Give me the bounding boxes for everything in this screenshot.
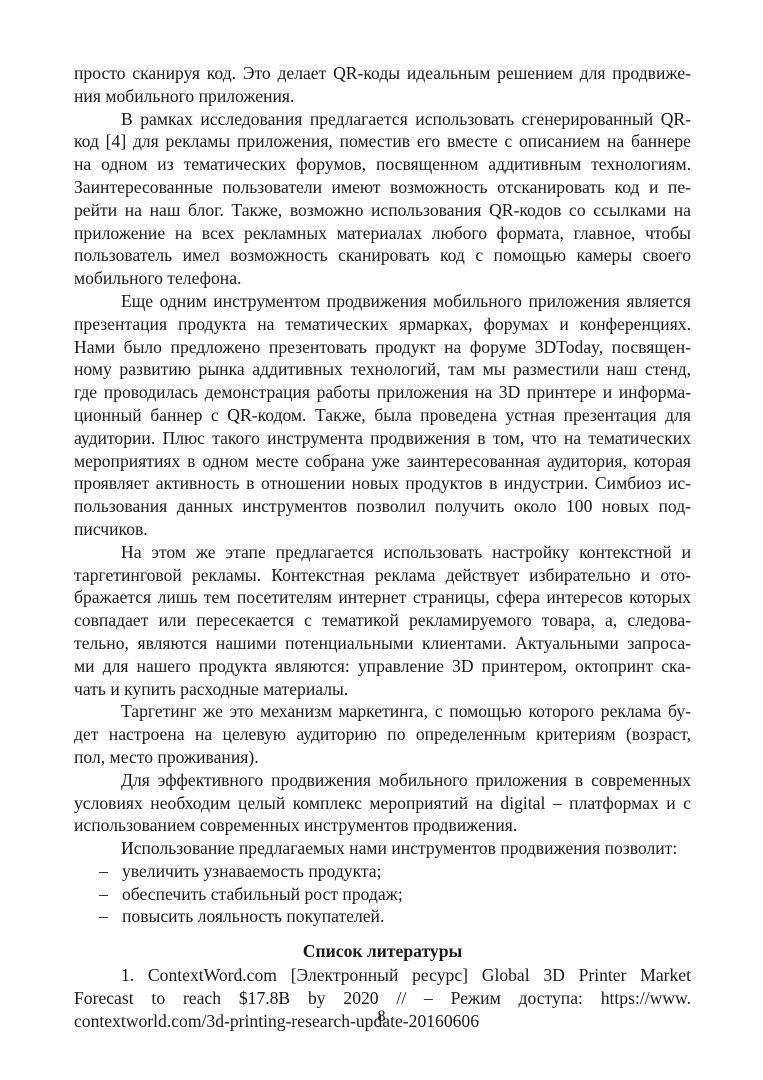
paragraph-5: Таргетинг же это механизм маркетинга, с … bbox=[74, 700, 691, 768]
text-line: использованием современных инструментов … bbox=[74, 814, 691, 837]
list-item-text: увеличить узнаваемость продукта; bbox=[122, 861, 382, 881]
text-line: На этом же этапе предлагается использова… bbox=[74, 541, 691, 564]
list-item-text: повысить лояльность покупателей. bbox=[122, 906, 384, 926]
text-line: тельно, являются нашими потенциальными к… bbox=[74, 632, 691, 655]
text-line: Еще одним инструментом продвижения мобил… bbox=[74, 290, 691, 313]
text-line: приложение на всех рекламных материалах … bbox=[74, 222, 691, 245]
document-page: просто сканируя код. Это делает QR-коды … bbox=[74, 62, 691, 1033]
text-line: ционный баннер с QR-кодом. Также, была п… bbox=[74, 404, 691, 427]
list-item-text: обеспечить стабильный рост продаж; bbox=[122, 884, 403, 904]
text-line: аудитории. Плюс такого инструмента продв… bbox=[74, 427, 691, 450]
paragraph-2: В рамках исследования предлагается испол… bbox=[74, 108, 691, 290]
reference-line: Forecast to reach $17.8B by 2020 // – Ре… bbox=[74, 987, 691, 1010]
text-line: бражается лишь тем посетителям интернет … bbox=[74, 586, 691, 609]
paragraph-4: На этом же этапе предлагается использова… bbox=[74, 541, 691, 701]
text-line: ния мобильного приложения. bbox=[74, 85, 691, 108]
text-line: ми для нашего продукта являются: управле… bbox=[74, 655, 691, 678]
text-line: таргетинговой рекламы. Контекстная рекла… bbox=[74, 564, 691, 587]
benefits-list: – увеличить узнаваемость продукта; – обе… bbox=[74, 860, 691, 928]
text-line: совпадает или пересекается с тематикой р… bbox=[74, 609, 691, 632]
paragraph-6: Для эффективного продвижения мобильного … bbox=[74, 769, 691, 837]
paragraph-3: Еще одним инструментом продвижения мобил… bbox=[74, 290, 691, 541]
text-line: пользователь имел возможность сканироват… bbox=[74, 244, 691, 267]
text-line: на одном из тематических форумов, посвящ… bbox=[74, 153, 691, 176]
text-line: Для эффективного продвижения мобильного … bbox=[74, 769, 691, 792]
text-line: писчиков. bbox=[74, 518, 691, 541]
reference-line: 1. ContextWord.com [Электронный ресурс] … bbox=[74, 964, 691, 987]
text-line: В рамках исследования предлагается испол… bbox=[74, 108, 691, 131]
list-item: – повысить лояльность покупателей. bbox=[74, 905, 691, 928]
text-line: пол, место проживания). bbox=[74, 746, 691, 769]
text-line: мобильного телефона. bbox=[74, 267, 691, 290]
text-line: чать и купить расходные материалы. bbox=[74, 678, 691, 701]
list-item: – обеспечить стабильный рост продаж; bbox=[74, 883, 691, 906]
text-line: пользования данных инструментов позволил… bbox=[74, 495, 691, 518]
text-line: Таргетинг же это механизм маркетинга, с … bbox=[74, 700, 691, 723]
dash-marker: – bbox=[99, 860, 108, 883]
text-line: дет настроена на целевую аудиторию по оп… bbox=[74, 723, 691, 746]
text-line: где проводилась демонстрация работы прил… bbox=[74, 381, 691, 404]
paragraph-1: просто сканируя код. Это делает QR-коды … bbox=[74, 62, 691, 108]
text-line: Заинтересованные пользователи имеют возм… bbox=[74, 176, 691, 199]
list-item: – увеличить узнаваемость продукта; bbox=[74, 860, 691, 883]
page-number: 8 bbox=[0, 1008, 763, 1026]
dash-marker: – bbox=[99, 883, 108, 906]
text-line: условиях необходим целый комплекс меропр… bbox=[74, 792, 691, 815]
text-line: ному развитию рынка аддитивных технологи… bbox=[74, 358, 691, 381]
text-line: рейти на наш блог. Также, возможно испол… bbox=[74, 199, 691, 222]
text-line: просто сканируя код. Это делает QR-коды … bbox=[74, 62, 691, 85]
text-line: презентация продукта на тематических ярм… bbox=[74, 313, 691, 336]
text-line: код [4] для рекламы приложения, поместив… bbox=[74, 130, 691, 153]
text-line: мероприятиях в одном месте собрана уже з… bbox=[74, 450, 691, 473]
dash-marker: – bbox=[99, 905, 108, 928]
text-line: проявляет активность в отношении новых п… bbox=[74, 472, 691, 495]
text-line: Нами было предложено презентовать продук… bbox=[74, 336, 691, 359]
references-title: Список литературы bbox=[74, 939, 691, 964]
list-intro: Использование предлагаемых нами инструме… bbox=[74, 837, 691, 860]
